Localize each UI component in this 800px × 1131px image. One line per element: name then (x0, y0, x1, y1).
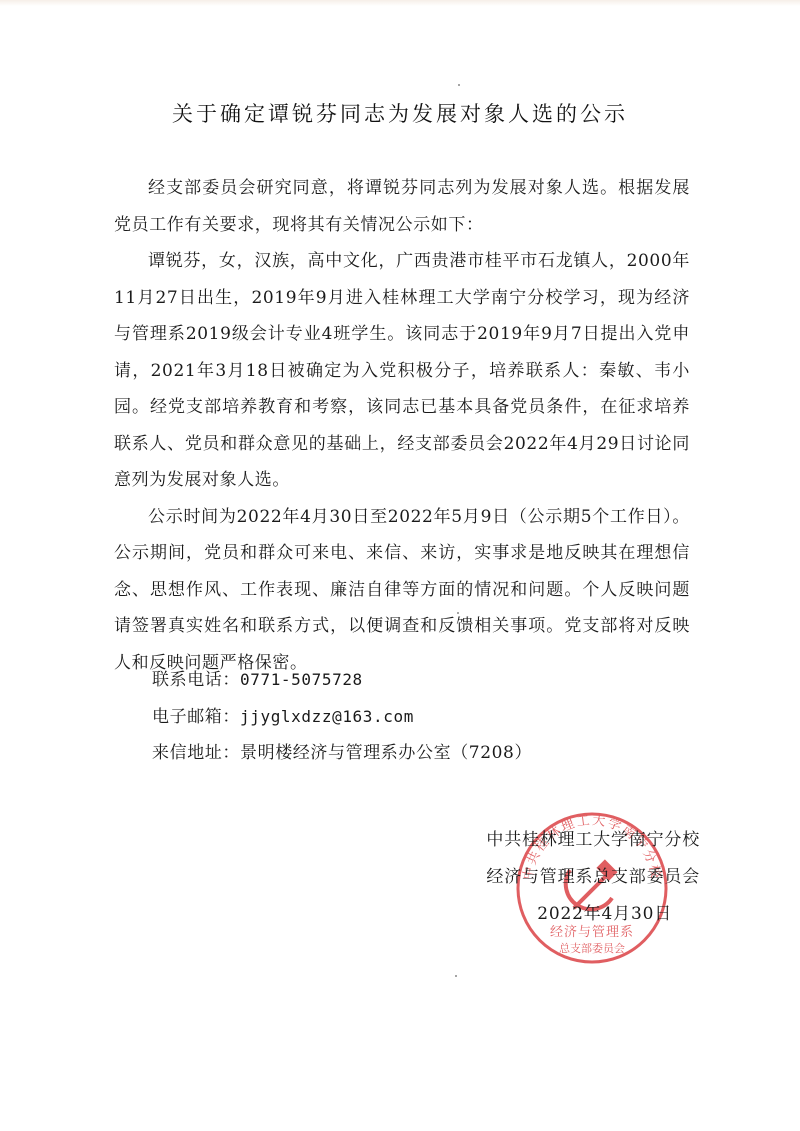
paragraph-intro: 经支部委员会研究同意，将谭锐芬同志列为发展对象人选。根据发展党员工作有关要求，现… (114, 170, 690, 243)
signature-block: 中共桂林理工大学南宁分校 经济与管理系总支部委员会 2022年4月30日 (460, 822, 700, 933)
contact-block: 联系电话：0771-5075728 电子邮箱：jjyglxdzz@163.com… (152, 662, 532, 772)
contact-address-row: 来信地址：景明楼经济与管理系办公室（7208） (152, 735, 532, 772)
address-value: 景明楼经济与管理系办公室（7208） (240, 743, 532, 763)
contact-phone-row: 联系电话：0771-5075728 (152, 662, 532, 699)
document-page: 关于确定谭锐芬同志为发展对象人选的公示 经支部委员会研究同意，将谭锐芬同志列为发… (0, 0, 800, 1131)
scan-speck (455, 975, 457, 977)
signature-org-line1: 中共桂林理工大学南宁分校 (460, 822, 700, 859)
signature-org-line2: 经济与管理系总支部委员会 (460, 859, 700, 896)
address-label: 来信地址： (152, 743, 240, 763)
signature-date: 2022年4月30日 (460, 896, 700, 933)
phone-label: 联系电话： (152, 670, 240, 690)
email-label: 电子邮箱： (152, 707, 240, 727)
contact-email-row: 电子邮箱：jjyglxdzz@163.com (152, 699, 532, 736)
document-title: 关于确定谭锐芬同志为发展对象人选的公示 (0, 98, 800, 128)
stamp-inner-line2: 总支部委员会 (559, 941, 625, 955)
scan-speck (457, 612, 459, 614)
document-body: 经支部委员会研究同意，将谭锐芬同志列为发展对象人选。根据发展党员工作有关要求，现… (114, 170, 690, 681)
paragraph-candidate-info: 谭锐芬，女，汉族，高中文化，广西贵港市桂平市石龙镇人，2000年11月27日出生… (114, 243, 690, 499)
email-value: jjyglxdzz@163.com (240, 707, 414, 726)
phone-value: 0771-5075728 (240, 670, 363, 689)
paragraph-publicity-period: 公示时间为2022年4月30日至2022年5月9日（公示期5个工作日）。公示期间… (114, 499, 690, 682)
scan-speck (458, 84, 460, 86)
